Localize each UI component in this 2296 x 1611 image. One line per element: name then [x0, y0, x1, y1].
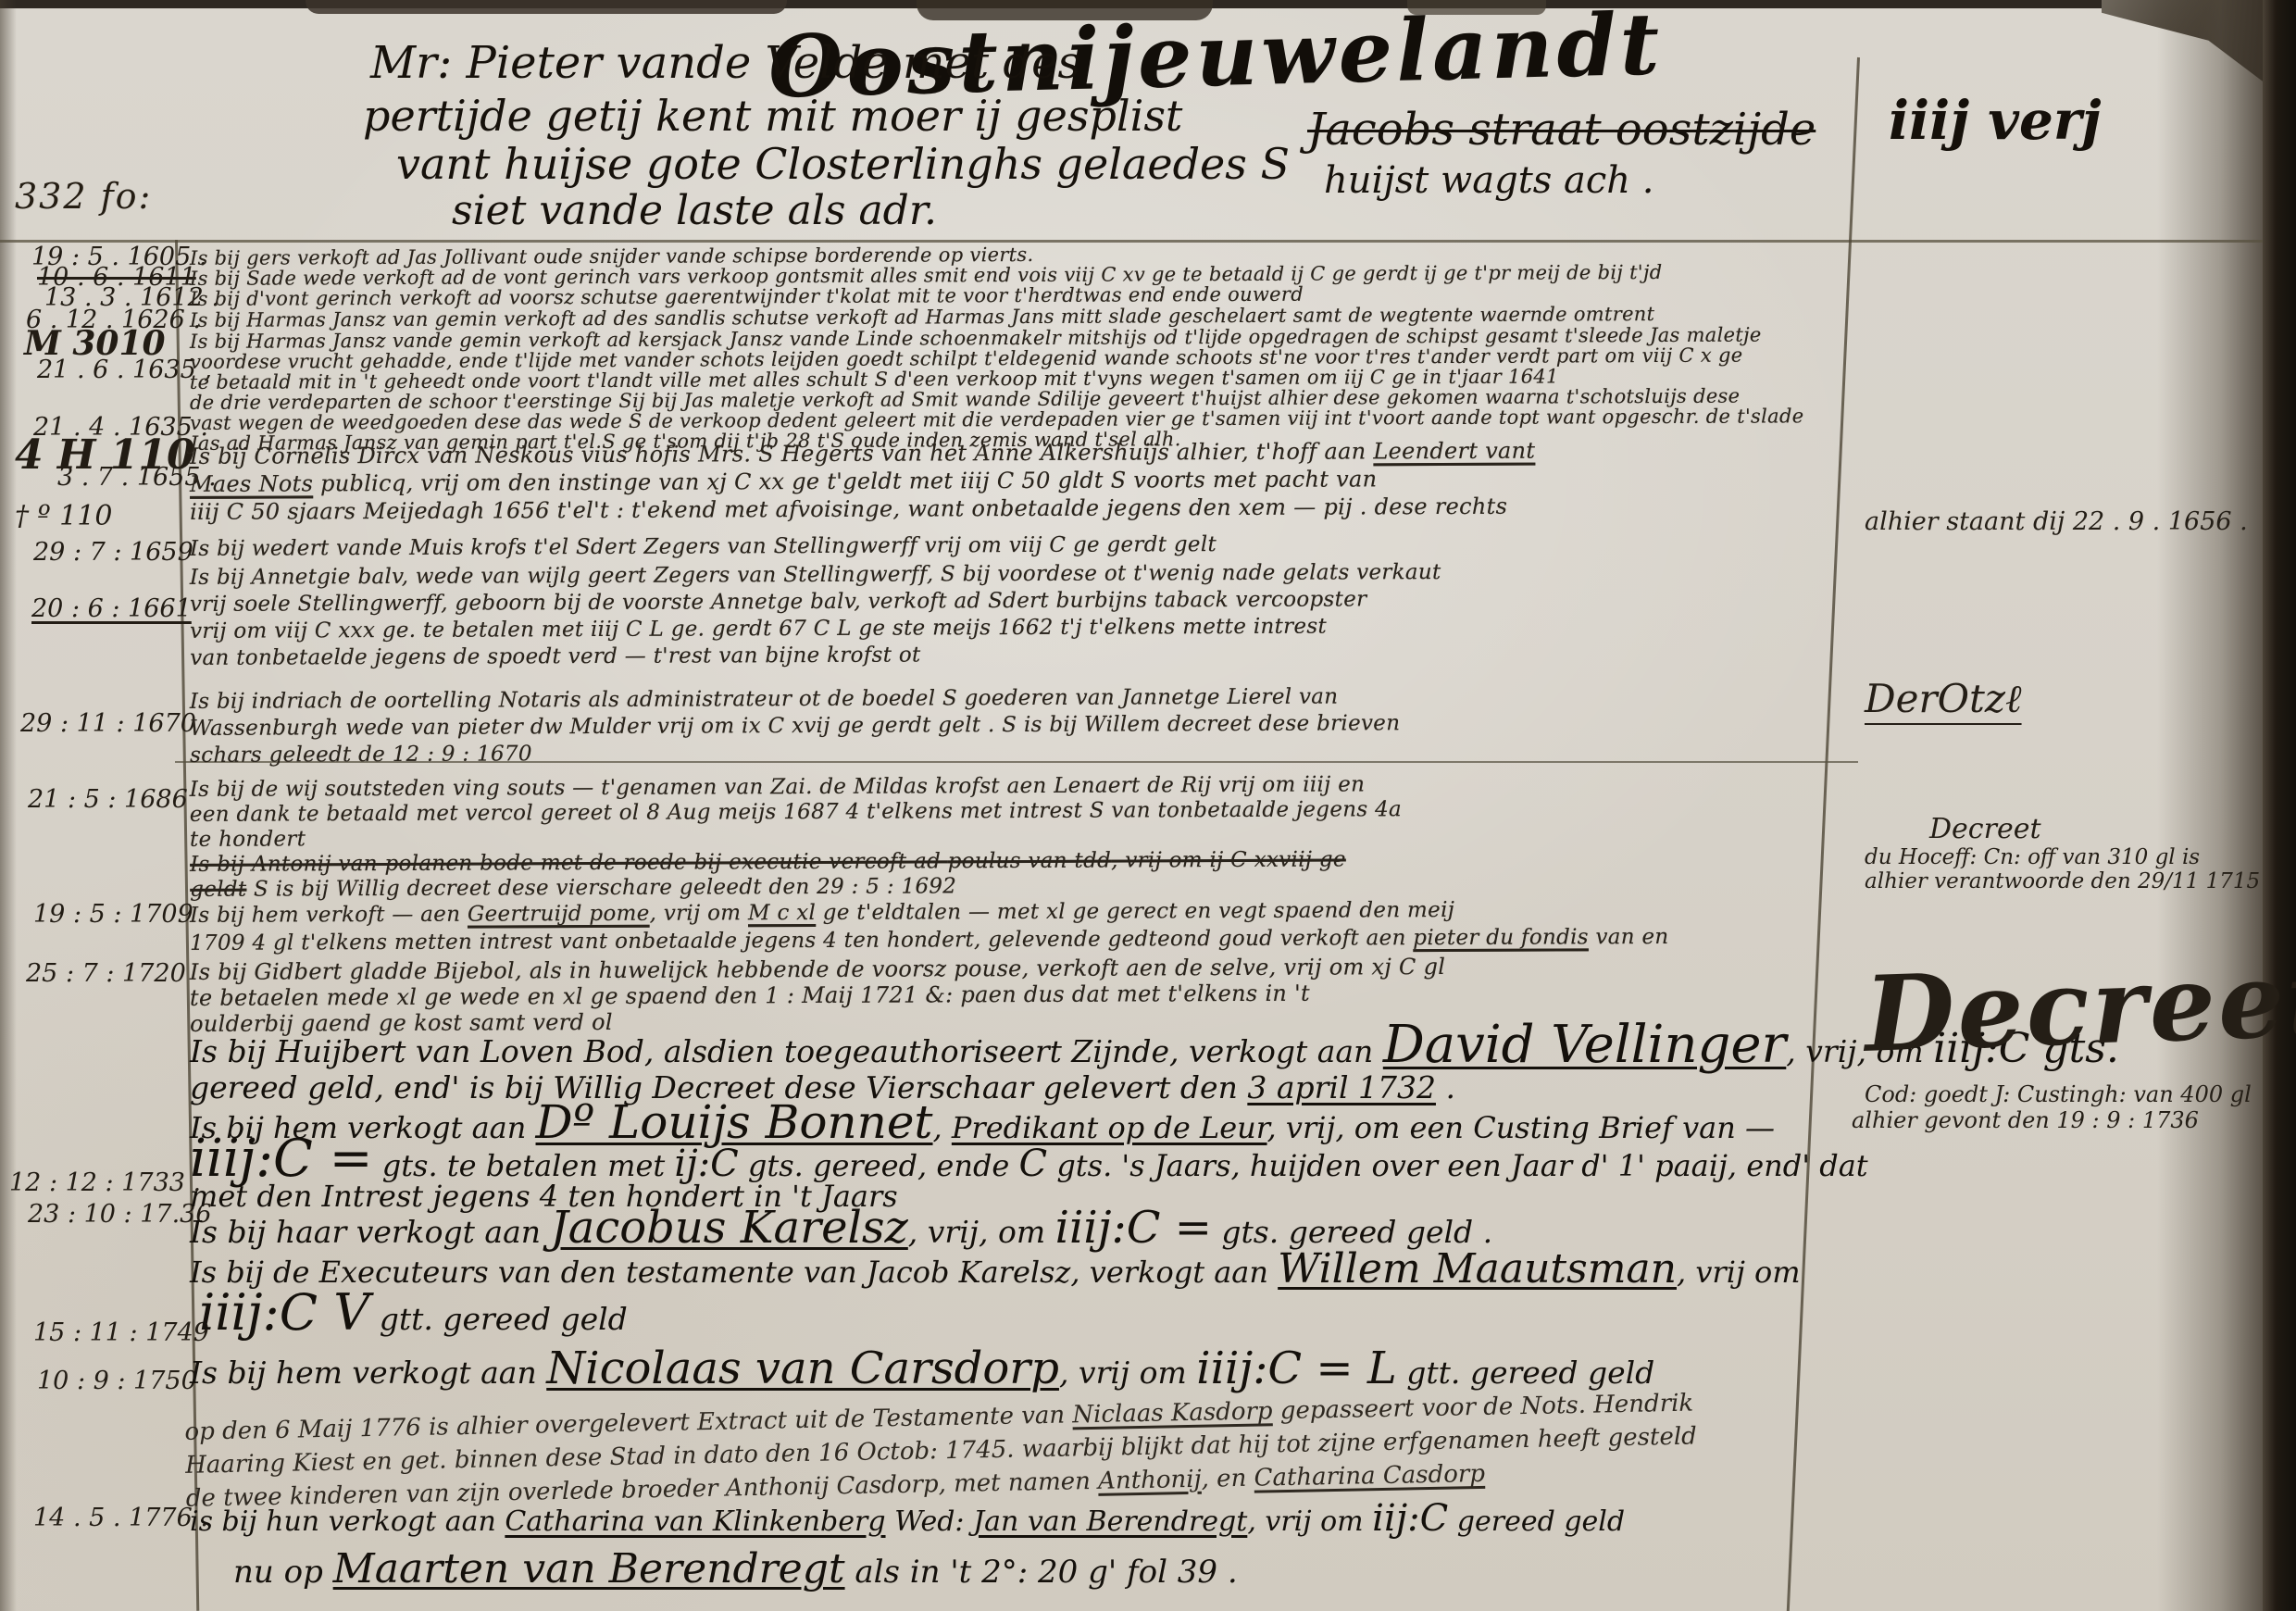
entry-name-underlined: Maes Nots	[190, 470, 313, 497]
margin-note: Cod: goedt J: Custingh: van 400 glalhier…	[1865, 1081, 2263, 1133]
margin-note: alhier staant dij 22 . 9 . 1656 .	[1865, 507, 2263, 536]
entry-name-underlined: Catharina van Klinkenberg	[505, 1505, 885, 1538]
entry-text: Is bij hem verkoft — aen	[190, 903, 468, 928]
margin-note-line: alhier staant dij 22 . 9 . 1656 .	[1865, 507, 2263, 536]
entry-row: Is bij indriach de oortelling Notaris al…	[190, 681, 1856, 769]
entry-text: C	[1019, 1143, 1048, 1185]
entry-text: iiij:C V	[199, 1283, 369, 1342]
entry-text: van tonbetaelde jegens de spoedt verd — …	[190, 643, 920, 669]
margin-note: Decreet	[1865, 946, 2263, 1068]
entry-text: publicq, vrij om den instinge van xj C x…	[313, 466, 1377, 496]
entry-name-underlined: Maarten van Berendregt	[333, 1545, 845, 1592]
folio-label: 332 fo:	[15, 176, 152, 217]
entry-text: van en	[1589, 925, 1669, 949]
margin-date: † º 110	[15, 500, 112, 532]
margin-date: 21 : 5 : 1686	[28, 785, 188, 814]
header-script-line: siet vande laste als adr.	[452, 187, 937, 234]
entry-line: nu op Maarten van Berendregt als in 't 2…	[233, 1548, 1900, 1591]
book-gutter	[2263, 0, 2296, 1611]
margin-date: 10 : 9 : 1750	[37, 1367, 197, 1395]
margin-date: 14 . 5 . 1776 .	[33, 1504, 208, 1532]
margin-date: 19 : 5 : 1709	[33, 900, 193, 929]
entry-text: schars geleedt de 12 : 9 : 1670	[190, 742, 532, 768]
entry-line: iiij:C = gts. te betalen met ij:C gts. g…	[190, 1141, 1856, 1178]
margin-note: DerOtzℓ	[1865, 676, 2263, 722]
entry-text: vrij om viij C xxx ge. te betalen met ii…	[190, 615, 1327, 643]
entry-text: Is bij hem verkogt aan	[190, 1355, 546, 1391]
entry-text: gtt. gereed geld	[369, 1301, 628, 1337]
margin-date: 12 : 12 : 1733 .	[9, 1168, 201, 1197]
entry-row: Is bij hem verkogt aan Dº Louijs Bonnet,…	[190, 1104, 1856, 1215]
entry-text: gts. 's Jaars, huijden over een Jaar d' …	[1047, 1148, 1868, 1183]
margin-date: 25 : 7 : 1720	[26, 959, 186, 988]
entry-row: iiij:C V gtt. gereed geld	[199, 1293, 1865, 1333]
entry-text: , vrij, om	[908, 1214, 1055, 1250]
folio-number-roman: iiij verj	[1889, 89, 2101, 152]
entry-text: te hondert	[190, 827, 306, 852]
entry-text: , en	[1201, 1465, 1254, 1493]
margin-note-line: DerOtzℓ	[1865, 676, 2263, 722]
entry-text: gereed geld	[1448, 1505, 1625, 1538]
margin-date: 21 . 6 . 1635 ,	[37, 356, 212, 384]
entry-line: Is bij de Executeurs van den testamente …	[190, 1250, 1856, 1289]
entry-row: Is bij Huijbert van Loven Bod, alsdien t…	[190, 1024, 1856, 1109]
entry-row: Is bij Harmas Jansz vande gemin verkoft …	[190, 324, 1856, 372]
entry-row: Is bij hem verkoft — aen Geertruijd pome…	[190, 894, 1856, 957]
entry-text: een dank te betaald met vercol gereet ol…	[190, 797, 1402, 827]
entry-line: iiij C 50 sjaars Meijedagh 1656 t'el't :…	[190, 491, 1856, 526]
entry-text: iiij C 50 sjaars Meijedagh 1656 t'el't :…	[190, 493, 1507, 525]
entry-text: gepasseert voor de Nots. Hendrik	[1272, 1390, 1693, 1426]
header-script-line: Mr: Pieter vande Velde met des	[370, 37, 1080, 89]
entry-text: Is bij haar verkogt aan	[190, 1214, 551, 1250]
margin-date: 23 : 10 : 17.36	[28, 1200, 212, 1229]
entry-text: , vrij om	[1059, 1355, 1196, 1391]
entry-text: Is bij Cornelis Dircx van Neskous vius h…	[190, 438, 1374, 469]
entry-text: poulus van tdd	[948, 849, 1112, 874]
entry-text: nu op	[233, 1554, 333, 1591]
entry-text: Is bij wedert vande Muis krofs t'el Sder…	[190, 532, 1217, 561]
entry-name-underlined: Niclaas Kasdorp	[1072, 1397, 1273, 1429]
entry-text: , vrij om	[1677, 1255, 1801, 1290]
entry-text: vrij soele Stellingwerff, geboorn bij de…	[190, 587, 1367, 617]
entry-text: , vrij om	[650, 901, 749, 925]
margin-note-line: du Hoceff: Cn: off van 310 gl is	[1865, 845, 2263, 869]
entry-name-underlined: Jan van Berendregt	[973, 1505, 1247, 1538]
entry-text: S is bij Willig decreet dese vierschare …	[246, 874, 956, 901]
entry-row: op den 6 Maij 1776 is alhier overgelever…	[184, 1377, 2195, 1516]
entry-text: ge t'eldtalen — met xl ge gerect en vegt…	[816, 898, 1454, 925]
entry-text: gtt. gereed geld	[1397, 1355, 1655, 1391]
entry-name-underlined: 3 april 1732	[1247, 1069, 1436, 1105]
entry-line: iiij:C V gtt. gereed geld	[199, 1293, 1865, 1333]
entry-text: , vrij om	[1247, 1505, 1372, 1538]
ruled-line-horizontal	[0, 240, 2263, 243]
entry-text: is bij hun verkogt aan	[190, 1505, 505, 1538]
entry-line: Is bij hem verkogt aan Nicolaas van Cars…	[190, 1348, 1856, 1389]
entry-text: 1709 4 gl t'elkens metten intrest vant o…	[190, 926, 1413, 955]
entry-row: Is bij hem verkogt aan Nicolaas van Cars…	[190, 1348, 1856, 1389]
entry-name-underlined: M c xl	[748, 901, 816, 925]
entry-name-underlined: Jacobus Karelsz	[551, 1202, 908, 1254]
street-name-subline: huijst wagts ach .	[1324, 159, 1653, 202]
margin-note-line: Decreet	[1929, 813, 2263, 845]
entry-text: Is bij Huijbert van Loven Bod, alsdien t…	[190, 1033, 1383, 1069]
entry-text: Is bij indriach de oortelling Notaris al…	[190, 685, 1339, 714]
entry-row: nu op Maarten van Berendregt als in 't 2…	[233, 1548, 1900, 1591]
margin-note: Decreetdu Hoceff: Cn: off van 310 gl isa…	[1865, 813, 2263, 893]
entry-name-underlined: Catharina Casdorp	[1254, 1460, 1485, 1492]
entry-line: Is bij haar verkogt aan Jacobus Karelsz,…	[190, 1207, 1856, 1248]
margin-date: 29 : 7 : 1659	[33, 538, 193, 567]
margin-note-line: alhier verantwoorde den 29/11 1715	[1865, 869, 2263, 893]
entry-row: Is bij Annetgie balv, wede van wijlg gee…	[190, 557, 1856, 672]
entry-line: 1709 4 gl t'elkens metten intrest vant o…	[190, 922, 1856, 957]
margin-date: 20 : 6 : 1661	[31, 594, 192, 623]
entry-line: Is bij Huijbert van Loven Bod, alsdien t…	[190, 1024, 1856, 1067]
header-script-line: pertijde getij kent mit moer ij gesplist	[363, 91, 1182, 141]
margin-note-line: Cod: goedt J: Custingh: van 400 gl	[1865, 1081, 2263, 1107]
entry-row: is bij hun verkogt aan Catharina van Kli…	[190, 1500, 2134, 1537]
decreet-heading: Decreet	[1863, 938, 2296, 1076]
entry-text: Is bij de wij soutsteden ving souts — t'…	[190, 772, 1366, 802]
entry-text: geldt	[190, 878, 246, 902]
entry-row: Is bij Cornelis Dircx van Neskous vius h…	[190, 435, 1856, 526]
entry-text: iiij:C =	[1055, 1202, 1212, 1254]
manuscript-page: 332 fo: Oostnijeuwelandt Mr: Pieter vand…	[0, 0, 2296, 1611]
street-name: Jacobs straat oostzijde	[1307, 104, 1816, 156]
entry-line: Is bij wedert vande Muis krofs t'el Sder…	[190, 530, 1856, 561]
entry-line: Is bij hem verkogt aan Dº Louijs Bonnet,…	[190, 1104, 1856, 1141]
margin-note-line: alhier gevont den 19 : 9 : 1736	[1852, 1107, 2263, 1133]
entry-name-underlined: Willem Maautsman	[1278, 1245, 1677, 1293]
header-script-line: vant huijse gote Closterlinghs gelaedes …	[396, 139, 1290, 189]
entry-text: als in 't 2°: 20 g' fol 39 .	[845, 1554, 1238, 1591]
entry-name-underlined: Geertruijd pome	[468, 902, 650, 927]
entry-text: iij:C	[1372, 1497, 1448, 1540]
margin-date: 29 : 11 : 1670	[20, 709, 196, 738]
entry-text: te betaelen mede xl ge wede en xl ge spa…	[190, 980, 1310, 1011]
entry-line: is bij hun verkogt aan Catharina van Kli…	[190, 1500, 2134, 1537]
entry-row: Is bij haar verkogt aan Jacobus Karelsz,…	[190, 1207, 1856, 1248]
entry-row: Is bij de wij soutsteden ving souts — t'…	[190, 770, 1857, 903]
entry-text: .	[1436, 1069, 1455, 1105]
entry-row: Is bij wedert vande Muis krofs t'el Sder…	[190, 530, 1856, 561]
margin-date: 15 : 11 : 1749	[33, 1318, 209, 1347]
scan-blob	[306, 0, 787, 14]
entry-text: Wed:	[886, 1505, 974, 1538]
entry-text: iiij:C = L	[1196, 1342, 1396, 1394]
entry-text: Is bij Annetgie balv, wede van wijlg gee…	[190, 560, 1441, 590]
entry-text: , vrij om ij C xxviij ge	[1111, 847, 1346, 872]
entry-name-underlined: pieter du fondis	[1413, 925, 1589, 950]
entry-row: Is bij de Executeurs van den testamente …	[190, 1250, 1856, 1289]
entry-name-underlined: Leendert vant	[1373, 438, 1535, 465]
entry-text: Wassenburgh wede van pieter dw Mulder vr…	[190, 711, 1400, 741]
entry-text: Is bij Antonij van polanen bode met de r…	[190, 849, 948, 877]
entry-name-underlined: Anthonij	[1098, 1466, 1202, 1495]
entry-name-underlined: Nicolaas van Carsdorp	[546, 1342, 1059, 1394]
